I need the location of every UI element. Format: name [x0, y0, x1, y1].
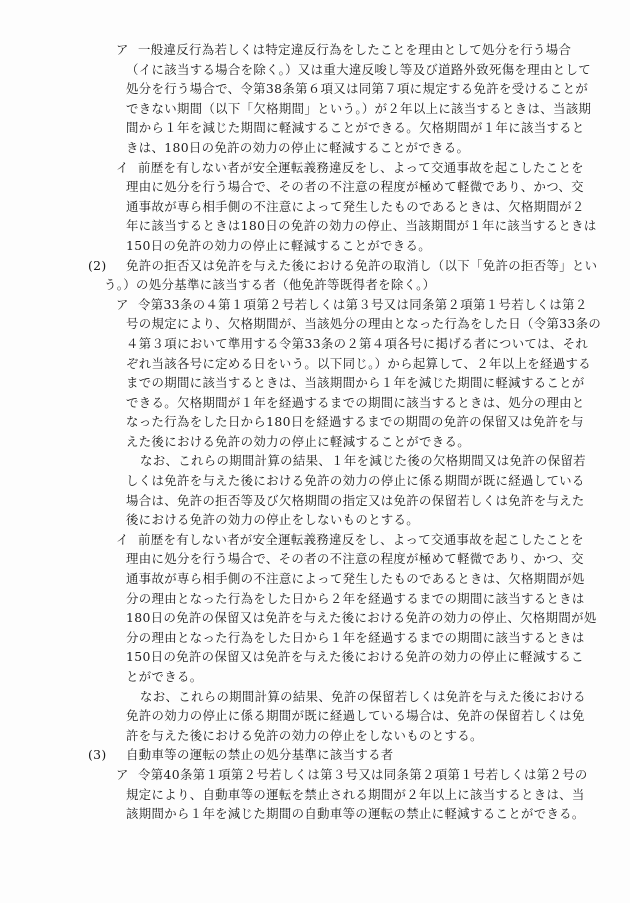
note-text: しくは免許を与えた後における免許の効力の停止に係る期間が既に経過している	[126, 471, 585, 491]
paragraph-text: 150日の免許の保留又は免許を与えた後における免許の効力の停止に軽減するこ	[126, 647, 584, 667]
paragraph-text: 180日の免許の保留又は免許を与えた後における免許の効力の停止、欠格期間が処	[126, 608, 597, 628]
text-line: 分の理由となった行為をした日から２年を経過するまでの期間に該当するときは	[0, 589, 630, 609]
paragraph-text: 年に該当するときは180日の免許の効力の停止、当該期間が１年に該当するときは	[126, 216, 597, 236]
text-line: 通事故が専ら相手側の不注意によって発生したものであるときは、欠格期間が処	[0, 569, 630, 589]
text-line: 分の理由となった行為をした日から１年を経過するまでの期間に該当するときは	[0, 628, 630, 648]
text-line: きは、180日の免許の効力の停止に軽減することができる。	[0, 138, 630, 158]
text-line: えた後における免許の効力の停止に軽減することができる。	[0, 432, 630, 452]
text-line: （イに該当する場合を除く。）又は重大違反唆し等及び道路外致死傷を理由として	[0, 60, 630, 80]
paragraph-text: えた後における免許の効力の停止に軽減することができる。	[126, 432, 470, 452]
text-line: 通事故が専ら相手側の不注意によって発生したものであるときは、欠格期間が２	[0, 197, 630, 217]
paragraph-text: ４第３項において準用する令第33条の２第４項各号に掲げる者については、それ	[126, 334, 588, 354]
text-line: ア一般違反行為若しくは特定違反行為をしたことを理由として処分を行う場合	[0, 40, 630, 60]
paragraph-text: 規定により、自動車等の運転を禁止される期間が２年以上に該当するときは、当	[126, 785, 585, 805]
paragraph-text: 処分を行う場合で、令第38条第６項又は同第７項に規定する免許を受けることが	[126, 79, 588, 99]
paragraph-text: なった行為をした日から180日を経過するまでの期間の免許の保留又は免許を与	[126, 412, 584, 432]
paragraph-text: 150日の免許の効力の停止に軽減することができる。	[126, 236, 431, 256]
text-line: う。）の処分基準に該当する者（他免許等既得者を除く。）	[0, 275, 630, 295]
item-label: (2)	[88, 256, 107, 276]
note-text: 許を与えた後における免許の効力の停止をしないものとする。	[126, 726, 483, 746]
item-label: イ	[116, 158, 129, 178]
paragraph-text: （イに該当する場合を除く。）又は重大違反唆し等及び道路外致死傷を理由として	[126, 60, 591, 80]
text-line: 180日の免許の保留又は免許を与えた後における免許の効力の停止、欠格期間が処	[0, 608, 630, 628]
note-line: 場合は、免許の拒否等及び欠格期間の指定又は免許の保留若しくは免許を与えた	[0, 491, 630, 511]
item-label: ア	[116, 295, 129, 315]
paragraph-text: 前歴を有しない者が安全運転義務違反をし、よって交通事故を起こしたことを	[138, 158, 584, 178]
section-2: (2)免許の拒否又は免許を与えた後における免許の取消し（以下「免許の拒否等」とい…	[0, 256, 630, 295]
section-1-i: イ前歴を有しない者が安全運転義務違反をし、よって交通事故を起こしたことを理由に処…	[0, 158, 630, 256]
paragraph-text: 分の理由となった行為をした日から１年を経過するまでの期間に該当するときは	[126, 628, 585, 648]
text-line: できる。欠格期間が１年を経過するまでの期間に該当するときは、処分の理由と	[0, 393, 630, 413]
text-line: ４第３項において準用する令第33条の２第４項各号に掲げる者については、それ	[0, 334, 630, 354]
section-2-a: ア令第33条の４第１項第２号若しくは第３号又は同条第２項第１号若しくは第２号の規…	[0, 295, 630, 530]
note-line: なお、これらの期間計算の結果、１年を減じた後の欠格期間又は免許の保留若	[0, 451, 630, 471]
note-text: なお、これらの期間計算の結果、免許の保留若しくは免許を与えた後における	[140, 687, 586, 707]
paragraph-text: 一般違反行為若しくは特定違反行為をしたことを理由として処分を行う場合	[138, 40, 571, 60]
section-2-i: イ前歴を有しない者が安全運転義務違反をし、よって交通事故を起こしたことを理由に処…	[0, 530, 630, 746]
text-line: できない期間（以下「欠格期間」という。）が２年以上に該当するときは、当該期	[0, 99, 630, 119]
item-label: ア	[116, 40, 129, 60]
paragraph-text: 通事故が専ら相手側の不注意によって発生したものであるときは、欠格期間が処	[126, 569, 585, 589]
note-text: 場合は、免許の拒否等及び欠格期間の指定又は免許の保留若しくは免許を与えた	[126, 491, 585, 511]
note-text: 後における免許の効力の停止をしないものとする。	[126, 510, 419, 530]
item-label: ア	[116, 765, 129, 785]
paragraph-text: ぞれ当該各号に定める日をいう。以下同じ。）から起算して、２年以上を経過する	[126, 354, 591, 374]
text-line: 該期間から１年を減じた期間の自動車等の運転の禁止に軽減することができる。	[0, 804, 630, 824]
note-text: なお、これらの期間計算の結果、１年を減じた後の欠格期間又は免許の保留若	[140, 451, 586, 471]
note-line: しくは免許を与えた後における免許の効力の停止に係る期間が既に経過している	[0, 471, 630, 491]
text-line: 年に該当するときは180日の免許の効力の停止、当該期間が１年に該当するときは	[0, 216, 630, 236]
text-line: とができる。	[0, 667, 630, 687]
paragraph-text: 令第33条の４第１項第２号若しくは第３号又は同条第２項第１号若しくは第２	[138, 295, 588, 315]
text-line: 規定により、自動車等の運転を禁止される期間が２年以上に該当するときは、当	[0, 785, 630, 805]
text-line: 150日の免許の保留又は免許を与えた後における免許の効力の停止に軽減するこ	[0, 647, 630, 667]
paragraph-text: 分の理由となった行為をした日から２年を経過するまでの期間に該当するときは	[126, 589, 585, 609]
paragraph-text: 理由に処分を行う場合で、その者の不注意の程度が極めて軽微であり、かつ、交	[126, 549, 584, 569]
paragraph-text: 間から１年を減じた期間に軽減することができる。欠格期間が１年に該当すると	[126, 118, 585, 138]
document-body: ア一般違反行為若しくは特定違反行為をしたことを理由として処分を行う場合（イに該当…	[0, 40, 630, 824]
text-line: 理由に処分を行う場合で、その者の不注意の程度が極めて軽微であり、かつ、交	[0, 177, 630, 197]
paragraph-text: きは、180日の免許の効力の停止に軽減することができる。	[126, 138, 469, 158]
note-line: 免許の効力の停止に係る期間が既に経過している場合は、免許の保留若しくは免	[0, 706, 630, 726]
paragraph-text: 免許の拒否又は免許を与えた後における免許の取消し（以下「免許の拒否等」とい	[126, 256, 597, 276]
text-line: ア令第33条の４第１項第２号若しくは第３号又は同条第２項第１号若しくは第２	[0, 295, 630, 315]
paragraph-text: 号の規定により、欠格期間が、当該処分の理由となった行為をした日（令第33条の	[126, 314, 601, 334]
text-line: (2)免許の拒否又は免許を与えた後における免許の取消し（以下「免許の拒否等」とい	[0, 256, 630, 276]
text-line: 理由に処分を行う場合で、その者の不注意の程度が極めて軽微であり、かつ、交	[0, 549, 630, 569]
note-line: 後における免許の効力の停止をしないものとする。	[0, 510, 630, 530]
text-line: 間から１年を減じた期間に軽減することができる。欠格期間が１年に該当すると	[0, 118, 630, 138]
paragraph-text: 令第40条第１項第２号若しくは第３号又は同条第２項第１号若しくは第２号の	[138, 765, 588, 785]
text-line: (3)自動車等の運転の禁止の処分基準に該当する者	[0, 745, 630, 765]
paragraph-text: までの期間に該当するときは、当該期間から１年を減じた期間に軽減することが	[126, 373, 585, 393]
paragraph-text: 該期間から１年を減じた期間の自動車等の運転の禁止に軽減することができる。	[126, 804, 585, 824]
paragraph-text: 通事故が専ら相手側の不注意によって発生したものであるときは、欠格期間が２	[126, 197, 585, 217]
text-line: ア令第40条第１項第２号若しくは第３号又は同条第２項第１号若しくは第２号の	[0, 765, 630, 785]
note-text: 免許の効力の停止に係る期間が既に経過している場合は、免許の保留若しくは免	[126, 706, 585, 726]
text-line: までの期間に該当するときは、当該期間から１年を減じた期間に軽減することが	[0, 373, 630, 393]
text-line: 処分を行う場合で、令第38条第６項又は同第７項に規定する免許を受けることが	[0, 79, 630, 99]
section-1-a: ア一般違反行為若しくは特定違反行為をしたことを理由として処分を行う場合（イに該当…	[0, 40, 630, 158]
item-label: (3)	[88, 745, 107, 765]
section-3-a: ア令第40条第１項第２号若しくは第３号又は同条第２項第１号若しくは第２号の規定に…	[0, 765, 630, 824]
paragraph-text: とができる。	[126, 667, 202, 687]
note-line: なお、これらの期間計算の結果、免許の保留若しくは免許を与えた後における	[0, 687, 630, 707]
paragraph-text: できる。欠格期間が１年を経過するまでの期間に該当するときは、処分の理由と	[126, 393, 585, 413]
text-line: ぞれ当該各号に定める日をいう。以下同じ。）から起算して、２年以上を経過する	[0, 354, 630, 374]
document-page: ア一般違反行為若しくは特定違反行為をしたことを理由として処分を行う場合（イに該当…	[0, 0, 630, 903]
paragraph-text: 自動車等の運転の禁止の処分基準に該当する者	[126, 745, 394, 765]
item-label: イ	[116, 530, 129, 550]
paragraph-text: 前歴を有しない者が安全運転義務違反をし、よって交通事故を起こしたことを	[138, 530, 584, 550]
text-line: イ前歴を有しない者が安全運転義務違反をし、よって交通事故を起こしたことを	[0, 530, 630, 550]
text-line: 150日の免許の効力の停止に軽減することができる。	[0, 236, 630, 256]
text-line: 号の規定により、欠格期間が、当該処分の理由となった行為をした日（令第33条の	[0, 314, 630, 334]
paragraph-text: できない期間（以下「欠格期間」という。）が２年以上に該当するときは、当該期	[126, 99, 591, 119]
text-line: イ前歴を有しない者が安全運転義務違反をし、よって交通事故を起こしたことを	[0, 158, 630, 178]
paragraph-text: 理由に処分を行う場合で、その者の不注意の程度が極めて軽微であり、かつ、交	[126, 177, 584, 197]
note-line: 許を与えた後における免許の効力の停止をしないものとする。	[0, 726, 630, 746]
paragraph-text: う。）の処分基準に該当する者（他免許等既得者を除く。）	[104, 275, 435, 295]
section-3: (3)自動車等の運転の禁止の処分基準に該当する者	[0, 745, 630, 765]
text-line: なった行為をした日から180日を経過するまでの期間の免許の保留又は免許を与	[0, 412, 630, 432]
